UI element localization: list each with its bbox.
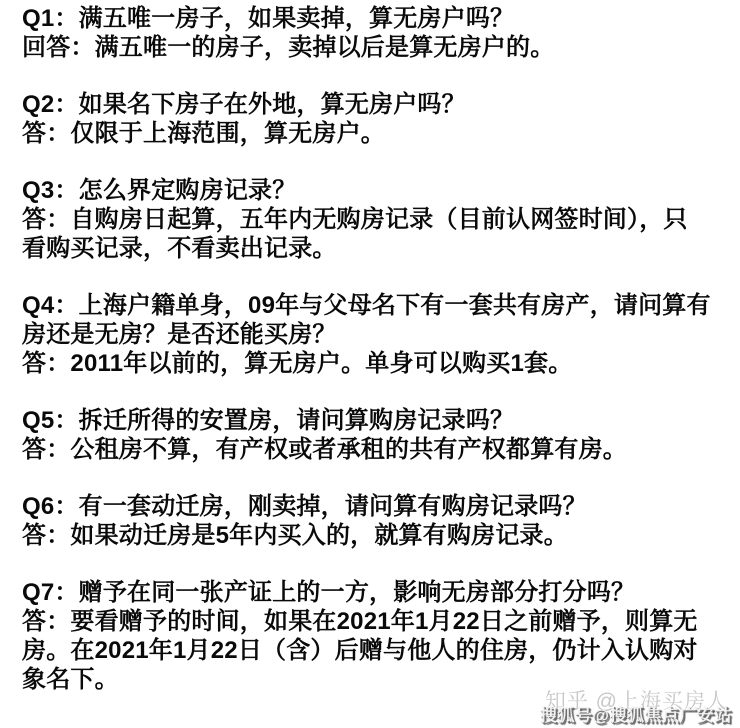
question-line: Q3：怎么界定购房记录？	[22, 176, 726, 205]
qa-document: Q1：满五唯一房子，如果卖掉，算无房户吗？ 回答：满五唯一的房子，卖掉以后是算无…	[0, 0, 740, 728]
answer-line: 答：公租房不算，有产权或者承租的共有产权都算有房。	[22, 435, 726, 464]
answer-line-continued: 房。在2021年1月22日（含）后赠与他人的住房，仍计入认购对	[22, 636, 726, 665]
qa-block-q7: Q7：赠予在同一张产证上的一方，影响无房部分打分吗？ 答：要看赠予的时间，如果在…	[22, 578, 726, 694]
question-line: Q7：赠予在同一张产证上的一方，影响无房部分打分吗？	[22, 578, 726, 607]
qa-block-q1: Q1：满五唯一房子，如果卖掉，算无房户吗？ 回答：满五唯一的房子，卖掉以后是算无…	[22, 4, 726, 62]
question-line: Q5：拆迁所得的安置房，请问算购房记录吗？	[22, 406, 726, 435]
qa-block-q6: Q6：有一套动迁房，刚卖掉，请问算有购房记录吗？ 答：如果动迁房是5年内买入的，…	[22, 492, 726, 550]
question-line: Q6：有一套动迁房，刚卖掉，请问算有购房记录吗？	[22, 492, 726, 521]
qa-block-q2: Q2：如果名下房子在外地，算无房户吗？ 答：仅限于上海范围，算无房户。	[22, 90, 726, 148]
answer-line: 回答：满五唯一的房子，卖掉以后是算无房户的。	[22, 33, 726, 62]
answer-line: 答：2011年以前的，算无房户。单身可以购买1套。	[22, 349, 726, 378]
answer-line: 答：要看赠予的时间，如果在2021年1月22日之前赠予，则算无	[22, 607, 726, 636]
answer-line: 答：自购房日起算，五年内无购房记录（目前认网签时间），只	[22, 205, 726, 234]
question-line-continued: 房还是无房？是否还能买房？	[22, 320, 726, 349]
question-line: Q2：如果名下房子在外地，算无房户吗？	[22, 90, 726, 119]
qa-block-q3: Q3：怎么界定购房记录？ 答：自购房日起算，五年内无购房记录（目前认网签时间），…	[22, 176, 726, 263]
watermark-sohu: 搜狐号@搜狐焦点广安站	[540, 701, 732, 726]
question-line: Q4：上海户籍单身，09年与父母名下有一套共有房产，请问算有	[22, 291, 726, 320]
answer-line: 答：仅限于上海范围，算无房户。	[22, 119, 726, 148]
qa-block-q5: Q5：拆迁所得的安置房，请问算购房记录吗？ 答：公租房不算，有产权或者承租的共有…	[22, 406, 726, 464]
answer-line: 答：如果动迁房是5年内买入的，就算有购房记录。	[22, 521, 726, 550]
question-line: Q1：满五唯一房子，如果卖掉，算无房户吗？	[22, 4, 726, 33]
answer-line-continued: 看购买记录，不看卖出记录。	[22, 234, 726, 263]
qa-block-q4: Q4：上海户籍单身，09年与父母名下有一套共有房产，请问算有 房还是无房？是否还…	[22, 291, 726, 378]
